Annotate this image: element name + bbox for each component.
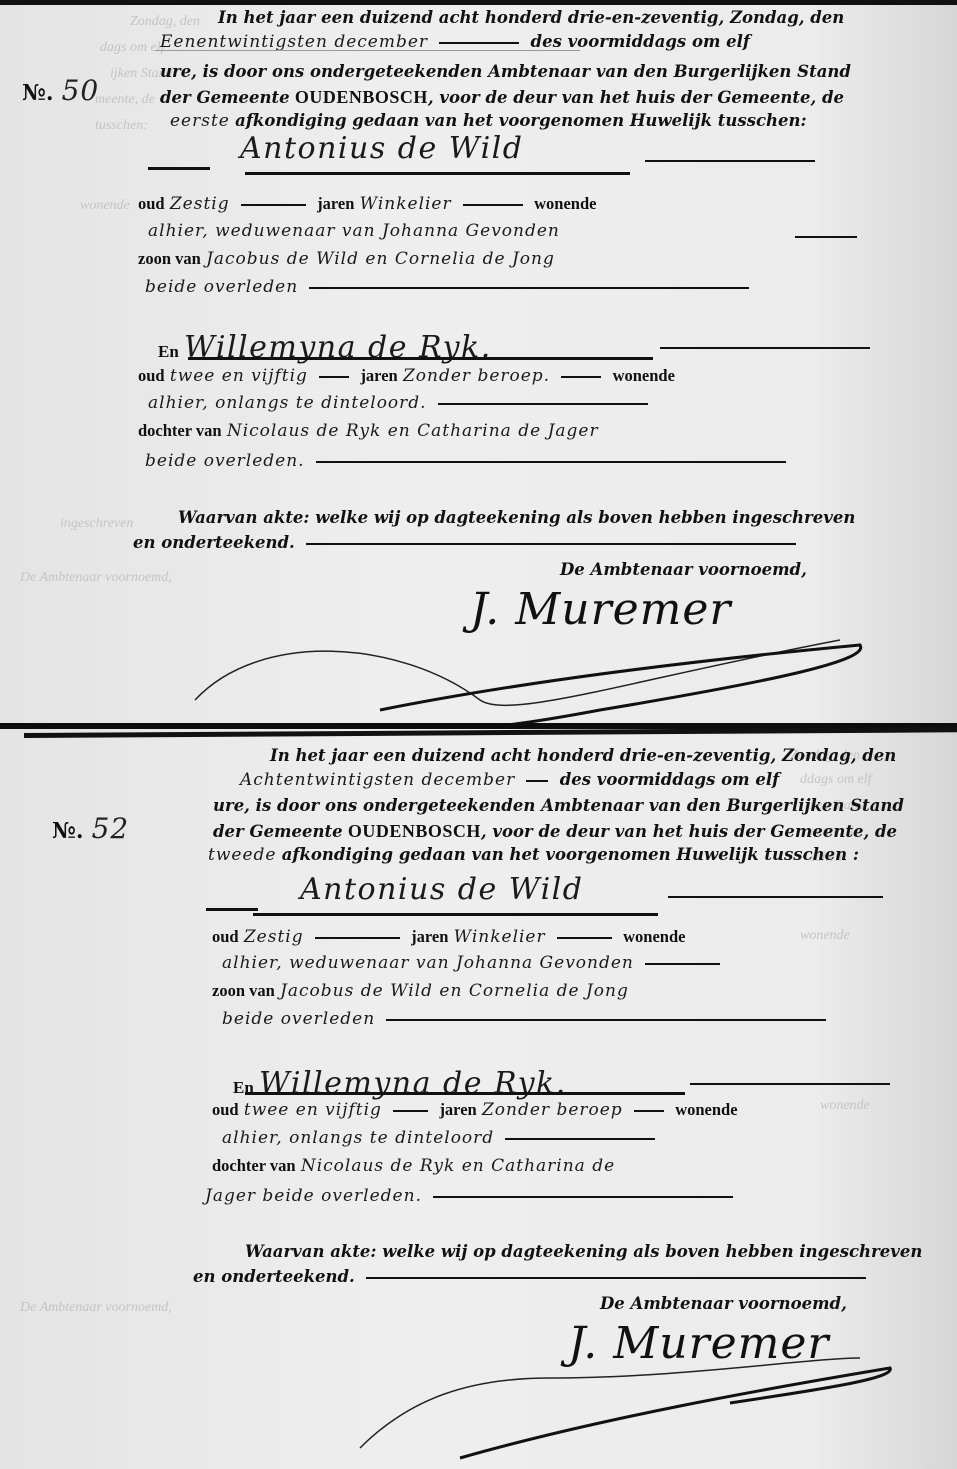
- municipality-prefix: der Gemeente: [160, 88, 290, 107]
- groom-name-underline: [245, 172, 630, 175]
- blank-rule: [463, 204, 523, 206]
- bride-age-line: oud twee en vijftig jaren Zonder beroep …: [212, 1100, 738, 1120]
- official-line: ure, is door ons ondergeteekenden Ambten…: [213, 796, 904, 815]
- groom-residence: alhier, weduwenaar van Johanna Gevonden: [148, 221, 560, 241]
- municipality-suffix: , voor de deur van het huis der Gemeente…: [481, 822, 897, 841]
- bride-parents-line: dochter van Nicolaus de Ryk en Catharina…: [212, 1156, 615, 1176]
- bride-residence-line: alhier, onlangs te dinteloord: [222, 1128, 661, 1148]
- name-lead-rule: [148, 167, 210, 170]
- blank-rule: [526, 780, 548, 782]
- bride-parents-line: dochter van Nicolaus de Ryk en Catharina…: [138, 421, 599, 441]
- bleed-through-text: De Ambtenaar voornoemd,: [20, 570, 172, 586]
- date-handwritten: Achtentwintigsten december: [240, 770, 515, 790]
- bleed-through-text: ingeschreven: [60, 516, 133, 532]
- entry-50: Zondag, den dags om elf ijken Stand meen…: [0, 0, 957, 728]
- groom-parents: Jacobus de Wild en Cornelia de Jong: [280, 981, 629, 1001]
- bride-residence-line: alhier, onlangs te dinteloord.: [148, 393, 654, 413]
- bleed-through-text: tusschen:: [95, 118, 148, 134]
- closing-line: Waarvan akte: welke wij op dagteekening …: [245, 1242, 922, 1261]
- signed-text: en onderteekend.: [193, 1267, 355, 1286]
- blank-rule: [795, 236, 857, 238]
- groom-name: Antonius de Wild: [240, 131, 523, 166]
- number-symbol: №.: [52, 818, 84, 844]
- entry-number: №.50: [22, 74, 99, 107]
- bleed-through-text: Zondag, den: [130, 14, 200, 30]
- signed-line: en onderteekend.: [193, 1267, 872, 1286]
- blank-rule: [315, 937, 400, 939]
- signed-text: en onderteekend.: [133, 533, 295, 552]
- bride-parents: Nicolaus de Ryk en Catharina de: [301, 1156, 615, 1176]
- blank-rule: [557, 937, 612, 939]
- closing-line: Waarvan akte: welke wij op dagteekening …: [178, 508, 855, 527]
- blank-rule: [438, 403, 648, 405]
- proclamation-text: afkondiging gedaan van het voorgenomen H…: [235, 111, 807, 130]
- top-border-rule: [0, 0, 957, 5]
- parents-label: dochter van: [212, 1156, 296, 1175]
- signature-flourish-icon: [180, 600, 880, 730]
- groom-parents-status: beide overleden: [222, 1009, 375, 1029]
- blank-rule: [393, 1110, 428, 1112]
- entry-52: Zondag, den ddags om elf ken Stand eente…: [0, 728, 957, 1469]
- groom-parents-status-line: beide overleden: [222, 1009, 832, 1029]
- entry-number-value: 52: [92, 812, 130, 845]
- years-label: jaren: [360, 366, 397, 385]
- baseline-rule: [155, 50, 580, 51]
- bride-occupation: Zonder beroep: [482, 1100, 623, 1120]
- age-label: oud: [138, 194, 165, 213]
- time-text: des voormiddags om elf: [560, 770, 780, 789]
- parents-label: zoon van: [212, 981, 275, 1000]
- bride-age: twee en vijftig: [170, 366, 308, 386]
- groom-occupation: Winkelier: [454, 927, 546, 947]
- blank-rule: [439, 42, 519, 44]
- municipality-prefix: der Gemeente: [213, 822, 343, 841]
- blank-rule: [690, 1083, 890, 1085]
- ordinal-handwritten: eerste: [170, 111, 230, 131]
- intro-line: In het jaar een duizend acht honderd dri…: [270, 746, 896, 765]
- groom-parents-line: zoon van Jacobus de Wild en Cornelia de …: [138, 249, 555, 269]
- groom-age: Zestig: [170, 194, 230, 214]
- proclamation-text: afkondiging gedaan van het voorgenomen H…: [282, 845, 859, 864]
- bleed-through-text: ddags om elf: [800, 772, 872, 788]
- age-label: oud: [212, 1100, 239, 1119]
- bleed-through-text: wonende: [800, 928, 850, 944]
- years-label: jaren: [317, 194, 354, 213]
- age-label: oud: [138, 366, 165, 385]
- blank-rule: [505, 1138, 655, 1140]
- bride-parents-status-line: beide overleden.: [145, 451, 792, 471]
- entry-number-value: 50: [62, 74, 100, 107]
- residing-label: wonende: [623, 927, 685, 946]
- blank-rule: [319, 376, 349, 378]
- signed-line: en onderteekend.: [133, 533, 802, 552]
- groom-name-underline: [253, 913, 658, 916]
- name-trail-rule: [645, 160, 815, 162]
- groom-age-line: oud Zestig jaren Winkelier wonende: [138, 194, 596, 214]
- blank-rule: [433, 1196, 733, 1198]
- residing-label: wonende: [675, 1100, 737, 1119]
- entry-number: №.52: [52, 812, 129, 845]
- age-label: oud: [212, 927, 239, 946]
- bride-name-underline: [188, 357, 653, 360]
- blank-rule: [634, 1110, 664, 1112]
- blank-rule: [645, 963, 720, 965]
- municipality-suffix: , voor de deur van het huis der Gemeente…: [428, 88, 844, 107]
- bride-name-line: En Willemyna de Ryk.: [233, 1066, 567, 1101]
- groom-parents-status: beide overleden: [145, 277, 298, 297]
- bride-parents-status-line: Jager beide overleden.: [205, 1186, 739, 1206]
- official-label: De Ambtenaar voornoemd,: [600, 1294, 847, 1313]
- bride-age-line: oud twee en vijftig jaren Zonder beroep.…: [138, 366, 675, 386]
- official-label: De Ambtenaar voornoemd,: [560, 560, 807, 579]
- time-text: des voormiddags om elf: [531, 32, 751, 51]
- groom-name: Antonius de Wild: [300, 872, 583, 907]
- date-line: Achtentwintigsten december des voormidda…: [240, 770, 779, 790]
- bride-residence: alhier, onlangs te dinteloord.: [148, 393, 427, 413]
- groom-parents: Jacobus de Wild en Cornelia de Jong: [206, 249, 555, 269]
- bride-name: Willemyna de Ryk.: [259, 1066, 567, 1101]
- bride-name-underline: [245, 1092, 685, 1095]
- bleed-through-text: wonende: [80, 198, 130, 214]
- years-label: jaren: [411, 927, 448, 946]
- residing-label: wonende: [534, 194, 596, 213]
- groom-occupation: Winkelier: [360, 194, 452, 214]
- bride-occupation: Zonder beroep.: [403, 366, 550, 386]
- municipality-name: OUDENBOSCH: [348, 821, 481, 841]
- parents-label: zoon van: [138, 249, 201, 268]
- municipality-name: OUDENBOSCH: [295, 87, 428, 107]
- bleed-through-text: dags om elf: [100, 40, 165, 56]
- blank-rule: [366, 1277, 866, 1279]
- groom-residence: alhier, weduwenaar van Johanna Gevonden: [222, 953, 634, 973]
- blank-rule: [668, 896, 883, 898]
- bleed-through-text: De Ambtenaar voornoemd,: [20, 1300, 172, 1316]
- bride-residence: alhier, onlangs te dinteloord: [222, 1128, 494, 1148]
- bride-parents: Nicolaus de Ryk en Catharina de Jager: [227, 421, 599, 441]
- date-line: Eenentwintigsten december des voormiddag…: [160, 32, 750, 52]
- proclamation-line: tweede afkondiging gedaan van het voorge…: [208, 845, 859, 865]
- municipality-line: der Gemeente OUDENBOSCH, voor de deur va…: [213, 821, 897, 842]
- signature-flourish-icon: [350, 1338, 910, 1458]
- municipality-line: der Gemeente OUDENBOSCH, voor de deur va…: [160, 87, 844, 108]
- residing-label: wonende: [613, 366, 675, 385]
- blank-rule: [309, 287, 749, 289]
- date-handwritten: Eenentwintigsten december: [160, 32, 428, 52]
- bleed-through-text: wonende: [820, 1098, 870, 1114]
- ordinal-handwritten: tweede: [208, 845, 276, 865]
- groom-residence-line: alhier, weduwenaar van Johanna Gevonden: [222, 953, 726, 973]
- number-symbol: №.: [22, 80, 54, 106]
- bleed-through-text: meente, de: [95, 92, 155, 108]
- and-label: En: [158, 342, 179, 361]
- blank-rule: [386, 1019, 826, 1021]
- groom-age: Zestig: [244, 927, 304, 947]
- years-label: jaren: [439, 1100, 476, 1119]
- groom-age-line: oud Zestig jaren Winkelier wonende: [212, 927, 685, 947]
- parents-label: dochter van: [138, 421, 222, 440]
- blank-rule: [306, 543, 796, 545]
- bride-parents-status: beide overleden.: [145, 451, 305, 471]
- name-lead-rule: [206, 908, 258, 911]
- blank-rule: [316, 461, 786, 463]
- groom-parents-line: zoon van Jacobus de Wild en Cornelia de …: [212, 981, 629, 1001]
- blank-rule: [561, 376, 601, 378]
- bride-parents-status: Jager beide overleden.: [205, 1186, 422, 1206]
- proclamation-line: eerste afkondiging gedaan van het voorge…: [170, 111, 807, 131]
- groom-parents-status-line: beide overleden: [145, 277, 755, 297]
- blank-rule: [660, 347, 870, 349]
- intro-line: In het jaar een duizend acht honderd dri…: [218, 8, 844, 27]
- blank-rule: [241, 204, 306, 206]
- official-line: ure, is door ons ondergeteekenden Ambten…: [160, 62, 851, 81]
- bride-age: twee en vijftig: [244, 1100, 382, 1120]
